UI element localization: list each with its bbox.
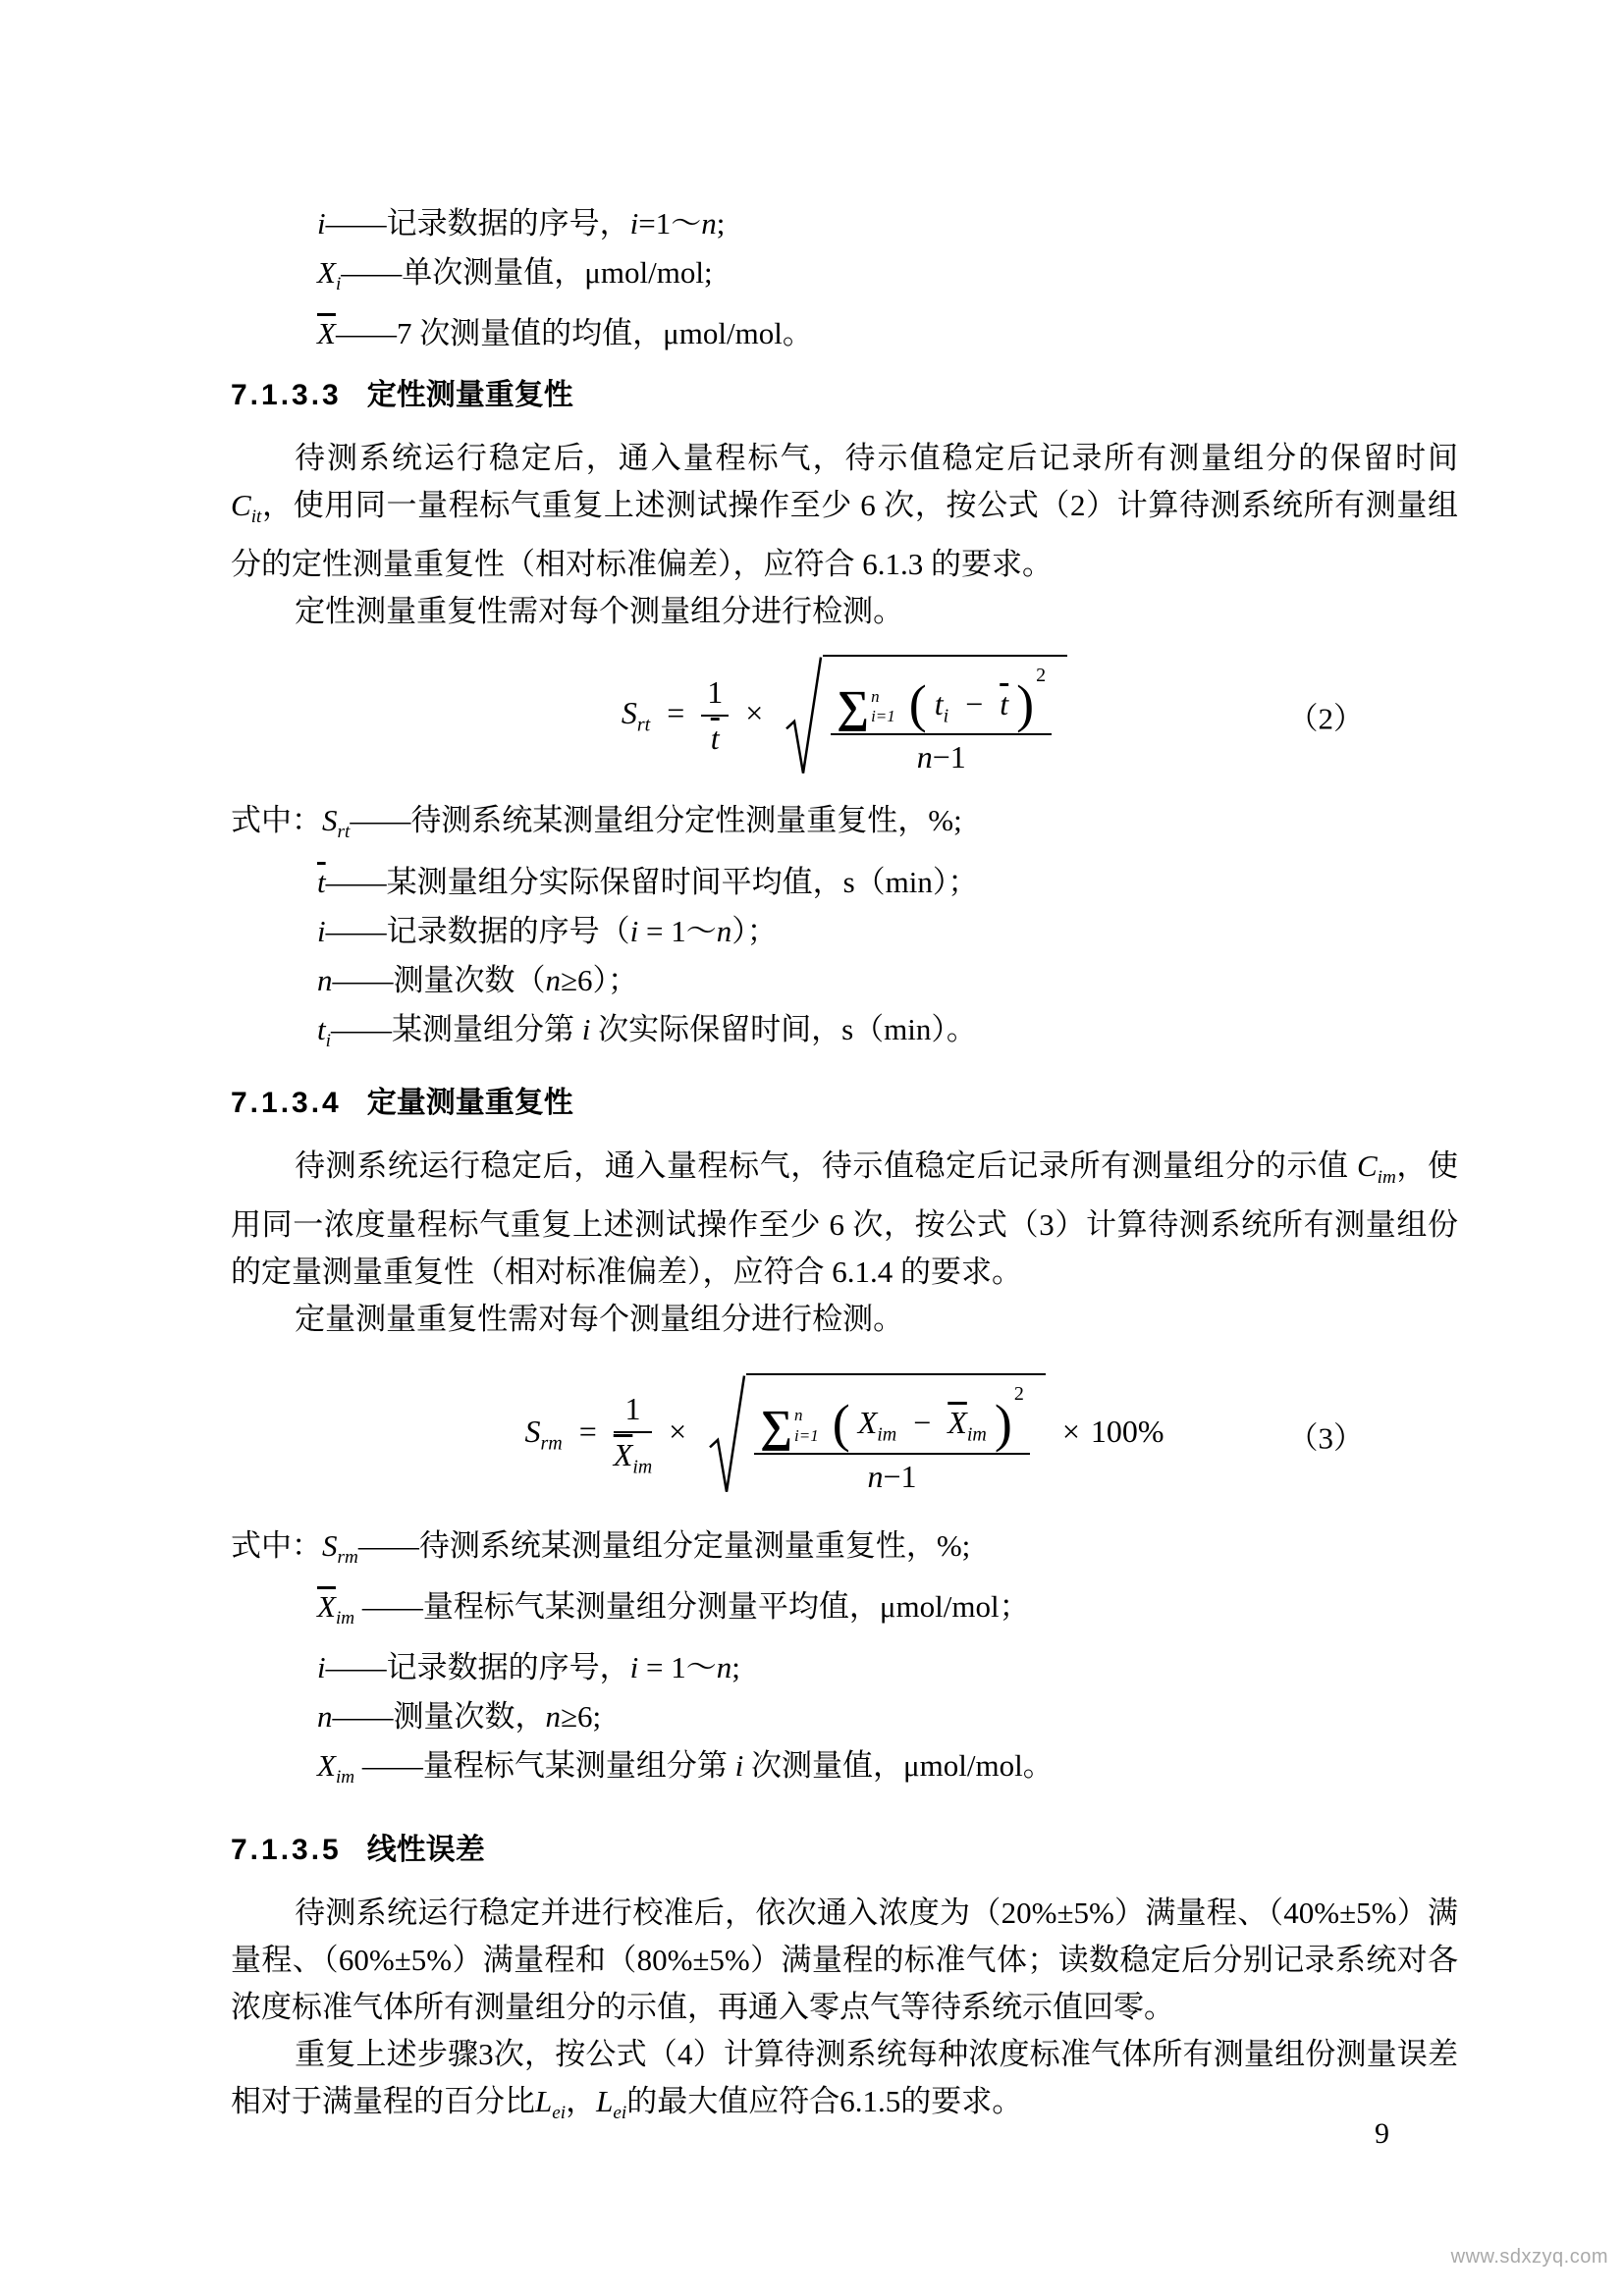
formula-2-equation: Srt = 1 t × ∑ni=1 ( ti [622, 655, 1067, 778]
radical-sign [784, 655, 823, 778]
paragraph-7135-calculation: 重复上述步骤3次，按公式（4）计算待测系统每种浓度标准气体所有测量组份测量误差相… [231, 2031, 1458, 2137]
text-segment: ， [566, 2084, 596, 2118]
formula-2-label: （2） [1288, 694, 1365, 738]
definition-list-formula-3: 式中：Srm——待测系统某测量组分定量测量重复性，%; Xim ——量程标气某测… [231, 1522, 1458, 1803]
paragraph-7133-note: 定性测量重复性需对每个测量组分进行检测。 [231, 588, 1458, 635]
sigma-symbol: ∑ [760, 1404, 792, 1449]
text-segment: 待测系统运行稳定并进行校准后，依次通入浓度为（20%±5%）满量程、（40%±5… [231, 1896, 1458, 2024]
text-segment: n [717, 914, 732, 948]
formula-lhs: Srt [622, 695, 650, 730]
open-paren: ( [909, 674, 927, 733]
definition-item: Xim ——量程标气某测量组分第 i 次测量值，μmol/mol。 [231, 1741, 1458, 1802]
summation-lower-limit: i=1 [794, 1426, 819, 1446]
text-segment: ; [731, 1650, 740, 1684]
multiply-sign: × [745, 695, 763, 730]
close-paren: ) [1016, 674, 1034, 733]
definition-item: i——记录数据的序号（i = 1～n）； [231, 907, 1458, 956]
text-segment: = 1～ [638, 1650, 716, 1684]
section-title: 线性误差 [367, 1834, 485, 1866]
definition-item: n——测量次数（n≥6）； [231, 956, 1458, 1005]
multiply-sign: × [669, 1414, 686, 1449]
text-segment: n [717, 1650, 732, 1684]
paragraph-7134-procedure: 待测系统运行稳定后，通入量程标气，待示值稳定后记录所有测量组分的示值 Cim，使… [231, 1143, 1458, 1296]
summation-upper-limit: n [794, 1406, 803, 1425]
var-subscript: rm [540, 1433, 562, 1455]
definition-item: X——7 次测量值的均值，μmol/mol。 [231, 309, 1458, 358]
definition-item: 式中：Srm——待测系统某测量组分定量测量重复性，%; [231, 1522, 1458, 1582]
text-segment: ——7 次测量值的均值，μmol/mol。 [336, 316, 813, 350]
text-segment: ; [717, 206, 726, 240]
var: S [524, 1414, 540, 1449]
text-segment: C [1357, 1148, 1378, 1183]
section-heading-7-1-3-4: 7.1.3.4定量测量重复性 [231, 1080, 1458, 1127]
fraction-denominator: n−1 [831, 735, 1052, 775]
text-segment: X [317, 1748, 336, 1783]
text-segment: i [317, 1650, 326, 1684]
var-mean: t [711, 721, 720, 756]
var: X [947, 1405, 967, 1440]
close-paren: ) [995, 1394, 1012, 1453]
text-segment: n [317, 963, 333, 997]
var-mean: X [614, 1437, 633, 1472]
exponent: 2 [1014, 1383, 1024, 1405]
definition-item: n——测量次数，n≥6; [231, 1692, 1458, 1741]
text-segment: n [546, 963, 562, 997]
var-subscript: rt [637, 714, 650, 735]
definition-item: i——记录数据的序号，i=1～n; [231, 199, 1458, 248]
fraction-numerator: ∑ni=1 ( ti − t )2 [831, 665, 1052, 736]
term-mean: Xim [947, 1405, 987, 1440]
section-title: 定性测量重复性 [367, 379, 573, 411]
fraction-denominator: Xim [614, 1433, 652, 1478]
term-i: Xim [858, 1405, 897, 1440]
var-subscript: im [967, 1424, 987, 1446]
definition-body: Srt——待测系统某测量组分定性测量重复性，%; [322, 803, 962, 837]
text-segment: S [322, 1528, 338, 1563]
definition-item: i——记录数据的序号，i = 1～n; [231, 1643, 1458, 1692]
definition-item: ti——某测量组分第 i 次实际保留时间，s（min）。 [231, 1005, 1458, 1066]
text-segment: C [231, 488, 251, 522]
summation-limits: ni=1 [871, 687, 895, 727]
radicand: ∑ni=1 ( Xim − Xim )2 n−1 [746, 1373, 1046, 1497]
equals-sign: = [579, 1414, 597, 1449]
text-segment: i [630, 1650, 639, 1684]
minus-sign: − [965, 686, 983, 721]
fraction-numerator: 1 [614, 1391, 652, 1433]
text-segment: ——量程标气某测量组分测量平均值，μmol/mol； [354, 1589, 1029, 1624]
var: t [935, 686, 944, 721]
text-segment: 定量测量重复性需对每个测量组分进行检测。 [295, 1302, 903, 1336]
text-segment: ——记录数据的序号（ [326, 914, 630, 948]
radicand-fraction: ∑ni=1 ( ti − t )2 n−1 [831, 665, 1052, 776]
where-label: 式中： [231, 1528, 322, 1563]
text-segment: n [546, 1699, 562, 1734]
text-segment: ——记录数据的序号， [326, 1650, 630, 1684]
summation-lower-limit: i=1 [871, 707, 895, 726]
var: n [867, 1459, 883, 1494]
var-subscript: im [632, 1457, 652, 1478]
text-segment: X [317, 316, 336, 350]
section-number: 7.1.3.3 [231, 379, 342, 411]
where-label: 式中： [231, 803, 322, 837]
var-subscript: ei [613, 2103, 626, 2123]
var-subscript: im [1378, 1167, 1396, 1188]
formula-3-equation: Srm = 1 Xim × ∑ni=1 ( Xim [524, 1373, 1164, 1497]
text-segment: i [735, 1748, 744, 1783]
text-segment: ——某测量组分实际保留时间平均值，s（min）； [326, 865, 979, 899]
definition-list-continued: i——记录数据的序号，i=1～n; Xi——单次测量值，μmol/mol; X—… [231, 199, 1458, 358]
text-segment: −1 [883, 1459, 916, 1494]
var-subscript: im [336, 1768, 354, 1789]
radicand-fraction: ∑ni=1 ( Xim − Xim )2 n−1 [754, 1383, 1030, 1495]
var: X [858, 1405, 878, 1440]
paragraph-7134-note: 定量测量重复性需对每个测量组分进行检测。 [231, 1296, 1458, 1343]
section-title: 定量测量重复性 [367, 1087, 573, 1119]
text-segment: 的最大值应符合6.1.5的要求。 [626, 2084, 1022, 2118]
minus-sign: − [913, 1405, 931, 1440]
var-subscript: it [251, 507, 262, 527]
text-segment: i [630, 206, 639, 240]
summation-upper-limit: n [871, 687, 880, 707]
text-segment: t [317, 1012, 326, 1046]
var-subscript: rt [338, 823, 351, 843]
formula-2: Srt = 1 t × ∑ni=1 ( ti [231, 635, 1458, 796]
term-mean: t [1000, 686, 1008, 721]
term-i: ti [935, 686, 948, 721]
definition-body: Srm——待测系统某测量组分定量测量重复性，%; [322, 1528, 970, 1563]
open-paren: ( [833, 1394, 850, 1453]
square-root: ∑ni=1 ( ti − t )2 n−1 [784, 655, 1067, 778]
text-segment: ——记录数据的序号， [326, 206, 630, 240]
coefficient-fraction: 1 Xim [614, 1391, 652, 1478]
var: n [917, 739, 933, 774]
text-segment: S [322, 803, 338, 837]
text-segment: ，使用同一量程标气重复上述测试操作至少 6 次，按公式（2）计算待测系统所有测量… [231, 488, 1458, 581]
definition-item: Xim ——量程标气某测量组分测量平均值，μmol/mol； [231, 1582, 1458, 1643]
definition-item: t——某测量组分实际保留时间平均值，s（min）； [231, 858, 1458, 907]
text-segment: i [630, 914, 639, 948]
text-segment: t [317, 865, 326, 899]
text-segment: ——量程标气某测量组分第 [354, 1748, 735, 1783]
summation: ∑ni=1 [837, 684, 895, 729]
section-number: 7.1.3.4 [231, 1087, 342, 1119]
text-segment: 次实际保留时间，s（min）。 [590, 1012, 977, 1046]
text-segment: ≥6; [561, 1699, 601, 1734]
var-subscript: i [944, 705, 949, 726]
text-segment: n [317, 1699, 333, 1734]
var-subscript: im [877, 1424, 896, 1446]
text-segment: ≥6）； [561, 963, 638, 997]
var: S [622, 695, 637, 730]
text-segment: ——待测系统某测量组分定量测量重复性，%; [358, 1528, 970, 1563]
text-segment: ——某测量组分第 [331, 1012, 582, 1046]
coefficient-fraction: 1 t [701, 674, 729, 757]
var-subscript: ei [552, 2103, 566, 2123]
sigma-symbol: ∑ [837, 684, 869, 729]
var-subscript: rm [338, 1547, 358, 1568]
section-heading-7-1-3-5: 7.1.3.5线性误差 [231, 1827, 1458, 1874]
fraction-numerator: 1 [701, 674, 729, 717]
text-segment: 定性测量重复性需对每个测量组分进行检测。 [295, 594, 903, 628]
radicand: ∑ni=1 ( ti − t )2 n−1 [823, 655, 1067, 778]
text-segment: =1～ [638, 206, 701, 240]
text-segment: X [317, 255, 336, 290]
text-segment: ）； [731, 914, 778, 948]
text-segment: 待测系统运行稳定后，通入量程标气，待示值稳定后记录所有测量组分的保留时间 [295, 441, 1458, 475]
watermark: www.sdxzyq.com [1451, 2246, 1608, 2269]
fraction-denominator: t [701, 717, 729, 757]
summation-limits: ni=1 [794, 1406, 819, 1446]
radical-sign [707, 1373, 746, 1497]
formula-3-label: （3） [1288, 1413, 1365, 1457]
text-segment: i [317, 206, 326, 240]
text-segment: X [317, 1589, 336, 1624]
text-segment: 待测系统运行稳定后，通入量程标气，待示值稳定后记录所有测量组分的示值 [295, 1148, 1357, 1183]
definition-item: Xi——单次测量值，μmol/mol; [231, 248, 1458, 309]
document-page: i——记录数据的序号，i=1～n; Xi——单次测量值，μmol/mol; X—… [0, 0, 1624, 2296]
fraction-denominator: n−1 [754, 1455, 1030, 1495]
formula-lhs: Srm [524, 1414, 562, 1449]
summation: ∑ni=1 [760, 1404, 819, 1449]
page-number: 9 [1375, 2116, 1389, 2152]
paragraph-7135-procedure: 待测系统运行稳定并进行校准后，依次通入浓度为（20%±5%）满量程、（40%±5… [231, 1890, 1458, 2031]
text-segment: n [701, 206, 717, 240]
multiply-sign: × [1062, 1414, 1080, 1449]
text-segment: −1 [933, 739, 966, 774]
text-segment: ——测量次数， [333, 1699, 546, 1734]
exponent: 2 [1036, 665, 1046, 686]
text-segment: L [596, 2084, 613, 2118]
definition-list-formula-2: 式中：Srt——待测系统某测量组分定性测量重复性，%; t——某测量组分实际保留… [231, 796, 1458, 1065]
square-root: ∑ni=1 ( Xim − Xim )2 n−1 [707, 1373, 1046, 1497]
fraction-numerator: ∑ni=1 ( Xim − Xim )2 [754, 1383, 1030, 1455]
page-content: i——记录数据的序号，i=1～n; Xi——单次测量值，μmol/mol; X—… [231, 199, 1458, 2137]
text-segment: ——测量次数（ [333, 963, 546, 997]
definition-item: 式中：Srt——待测系统某测量组分定性测量重复性，%; [231, 796, 1458, 857]
section-heading-7-1-3-3: 7.1.3.3定性测量重复性 [231, 372, 1458, 419]
section-number: 7.1.3.5 [231, 1834, 342, 1866]
percent-factor: 100% [1091, 1414, 1164, 1449]
equals-sign: = [667, 695, 684, 730]
text-segment: L [535, 2084, 552, 2118]
formula-3: Srm = 1 Xim × ∑ni=1 ( Xim [231, 1349, 1458, 1522]
var-subscript: im [336, 1608, 354, 1629]
text-segment: i [317, 914, 326, 948]
text-segment: ——单次测量值，μmol/mol; [341, 255, 712, 290]
text-segment: = 1～ [638, 914, 716, 948]
text-segment: ——待测系统某测量组分定性测量重复性，%; [350, 803, 961, 837]
text-segment: 次测量值，μmol/mol。 [743, 1748, 1053, 1783]
paragraph-7133-procedure: 待测系统运行稳定后，通入量程标气，待示值稳定后记录所有测量组分的保留时间 Cit… [231, 435, 1458, 588]
